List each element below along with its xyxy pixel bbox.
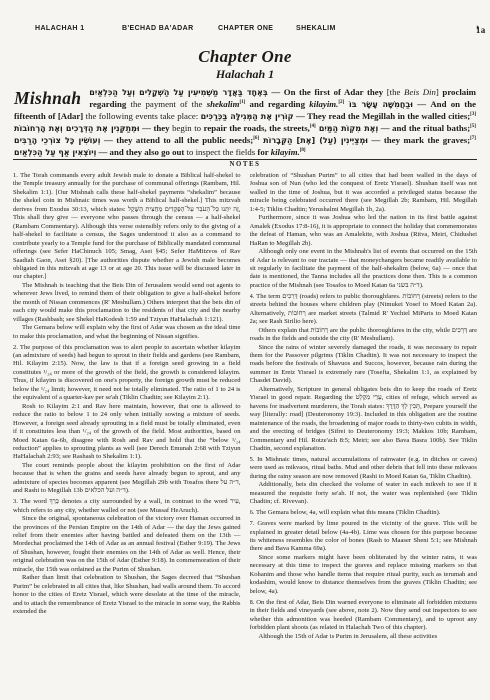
note-paragraph: Additionally, beis din checked the volum…: [250, 481, 478, 506]
book-page: HALACHAH 1 B'ECHAD BA'ADAR CHAPTER ONE S…: [0, 0, 490, 700]
note-paragraph: The court reminds people about the kilay…: [13, 462, 241, 496]
running-head-chapter: CHAPTER ONE: [218, 25, 273, 32]
notes-left-column: 1. The Torah commands every adult Jewish…: [13, 172, 241, 666]
note-paragraph: Others explain that רְחוֹבוֹת are the pu…: [250, 327, 478, 344]
note-paragraph: 2. The purpose of this proclamation was …: [13, 344, 241, 403]
text-run: — and they also go out: [96, 147, 186, 157]
footnote-marker: [5]: [470, 124, 476, 129]
note-paragraph: Although only one event in the Mishnah's…: [250, 248, 478, 290]
text-run: — they: [140, 123, 173, 133]
footnote-marker: [3]: [470, 112, 476, 117]
chapter-title: Chapter One: [0, 47, 490, 67]
running-head-halachah: HALACHAH 1: [35, 25, 85, 32]
text-run: the payment of the: [131, 99, 207, 109]
text-run: Beis Din: [404, 87, 436, 97]
text-run: shekalim: [207, 99, 240, 109]
running-head: HALACHAH 1 B'ECHAD BA'ADAR CHAPTER ONE S…: [0, 25, 490, 36]
text-run: kilayim.: [309, 99, 338, 109]
note-paragraph: 8. On the first of Adar, Beis Din warned…: [250, 599, 478, 633]
text-run: — They read the Megillah in the walled c…: [294, 111, 471, 121]
note-paragraph: Rosh to Kilayim 2:1 and Rav here maintai…: [13, 403, 241, 462]
hebrew-phrase: וְיוֹצְאִין אַף עַל הַכִּלְאַיִם: [14, 148, 96, 157]
mishnah-label: Mishnah: [14, 87, 89, 109]
folio-number: 1a1: [476, 25, 479, 35]
running-head-masechta: SHEKALIM: [296, 25, 336, 32]
text-run: begin to: [172, 123, 203, 133]
hebrew-phrase: וּמְצַיְּינִין (עַל) [אֶת] הַקְּבָרוֹת: [259, 136, 368, 145]
text-run: for: [257, 147, 270, 157]
hebrew-phrase: וְעוֹשִׂין כָּל צוֹרְכֵי הָרַבִּים: [14, 136, 100, 145]
text-run: the following events take place:: [86, 111, 201, 121]
text-run: to inspect the fields: [187, 147, 258, 157]
notes-right-column: celebration of “Shushan Purim” to all ci…: [250, 172, 478, 666]
note-paragraph: Since the rains of winter severely damag…: [250, 344, 478, 386]
text-run: repair the roads, the streets,: [204, 123, 310, 133]
notes-section: 1. The Torah commands every adult Jewish…: [13, 172, 477, 666]
note-paragraph: 5. In Mishnaic times, natural accumulati…: [250, 456, 478, 481]
note-paragraph: 7. Graves were marked by lime poured in …: [250, 520, 478, 554]
note-paragraph: Since the original, spontaneous celebrat…: [13, 515, 241, 574]
note-paragraph: 3. The word כְּרַךְ denotes a city surro…: [13, 498, 241, 515]
note-paragraph: Since some markers might have been oblit…: [250, 554, 478, 596]
note-paragraph: 4. The term דְּרָכִים (roads) refers to …: [250, 293, 478, 327]
note-paragraph: Furthermore, since it was Joshua who led…: [250, 214, 478, 248]
notes-divider: [13, 159, 477, 160]
note-paragraph: The Gemara below will explain why the fi…: [13, 324, 241, 341]
note-paragraph: Although the 15th of Adar is Purim in Je…: [250, 633, 478, 641]
note-paragraph: The Mishnah is teaching that the Beis Di…: [13, 282, 241, 324]
text-run: — On the first of Adar they: [268, 87, 387, 97]
hebrew-phrase: וּבַחֲמִשָּׁה עָשָׂר בּוֹ: [344, 100, 413, 109]
hebrew-phrase: בְּאֶחָד בַּאֲדָר מַשְׁמִיעִין עַל הַשְּ…: [89, 88, 267, 97]
hebrew-phrase: וְאֶת מִקְוֹת הַמַּיִם: [316, 124, 379, 133]
halachah-title: Halachah 1: [0, 67, 490, 82]
text-run: and regarding: [245, 99, 309, 109]
mishnah-paragraph: Mishnahבְּאֶחָד בַּאֲדָר מַשְׁמִיעִין עַ…: [14, 87, 476, 158]
note-paragraph: Alternatively, Scripture in general obli…: [250, 386, 478, 454]
notes-heading: NOTES: [0, 161, 490, 168]
running-head-section: B'ECHAD BA'ADAR: [122, 25, 194, 32]
note-paragraph: 1. The Torah commands every adult Jewish…: [13, 172, 241, 282]
text-run: — and the ritual baths;: [378, 123, 470, 133]
text-run: — they mark the graves;: [368, 135, 470, 145]
hebrew-phrase: קוֹרִין אֶת הַמְּגִילָּה בַּכְּרַכִּים: [201, 112, 294, 121]
note-paragraph: celebration of “Shushan Purim” to all ci…: [250, 172, 478, 214]
footnote-marker: [8]: [300, 148, 306, 153]
note-paragraph: Rather than limit that celebration to Sh…: [13, 574, 241, 616]
hebrew-phrase: וּמְתַקְּנִין אֶת הַדְּרָכִים וְאֶת הָרְ…: [14, 124, 140, 133]
text-run: — they attend to all the public needs;: [100, 135, 253, 145]
text-run: [the: [387, 87, 404, 97]
text-run: kilayim.: [271, 147, 300, 157]
note-paragraph: 6. The Gemara below, 4a, will explain wh…: [250, 509, 478, 517]
footnote-marker: [7]: [470, 136, 476, 141]
